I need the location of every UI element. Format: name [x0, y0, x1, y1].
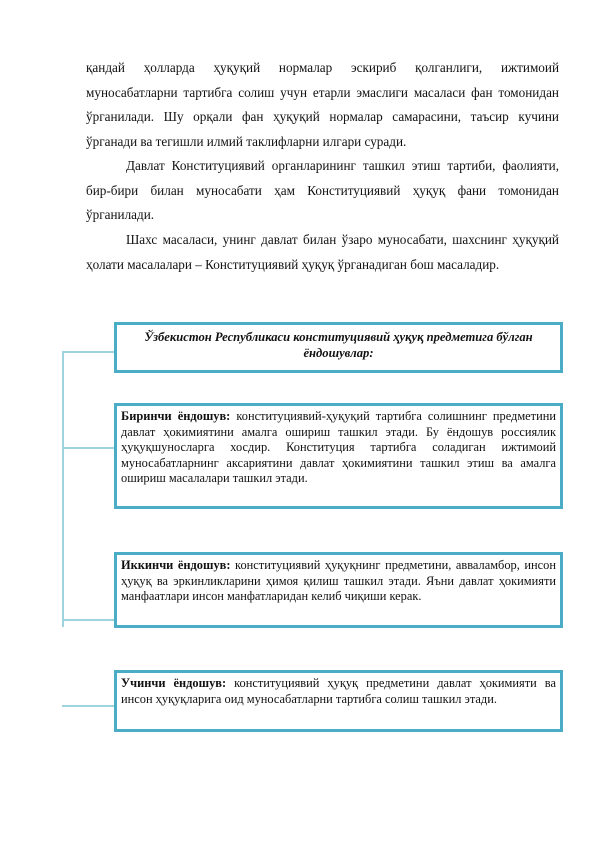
- approach-3-lead: Учинчи ёндошув:: [121, 676, 226, 690]
- connector-box3: [62, 705, 114, 707]
- approach-box-3: Учинчи ёндошув: конституциявий ҳуқуқ пре…: [114, 670, 563, 732]
- body-paragraph-2: Давлат Конституциявий органларининг ташк…: [86, 154, 559, 228]
- approach-box-1: Биринчи ёндошув: конституциявий-ҳуқуқий …: [114, 403, 563, 509]
- diagram-title: Ўзбекистон Республикаси конституциявий ҳ…: [144, 330, 532, 360]
- body-paragraph-3: Шахс масаласи, унинг давлат билан ўзаро …: [86, 228, 559, 277]
- connector-box1: [62, 447, 114, 449]
- connector-vertical: [62, 351, 64, 627]
- approach-1-lead: Биринчи ёндошув:: [121, 409, 230, 423]
- body-paragraph-1: қандай ҳолларда ҳуқуқий нормалар эскириб…: [86, 56, 559, 154]
- diagram-title-box: Ўзбекистон Республикаси конституциявий ҳ…: [114, 322, 563, 373]
- approach-box-2: Иккинчи ёндошув: конституциявий ҳуқуқнин…: [114, 552, 563, 628]
- connector-box2: [62, 619, 114, 621]
- approach-2-lead: Иккинчи ёндошув:: [121, 558, 230, 572]
- connector-title: [62, 351, 114, 353]
